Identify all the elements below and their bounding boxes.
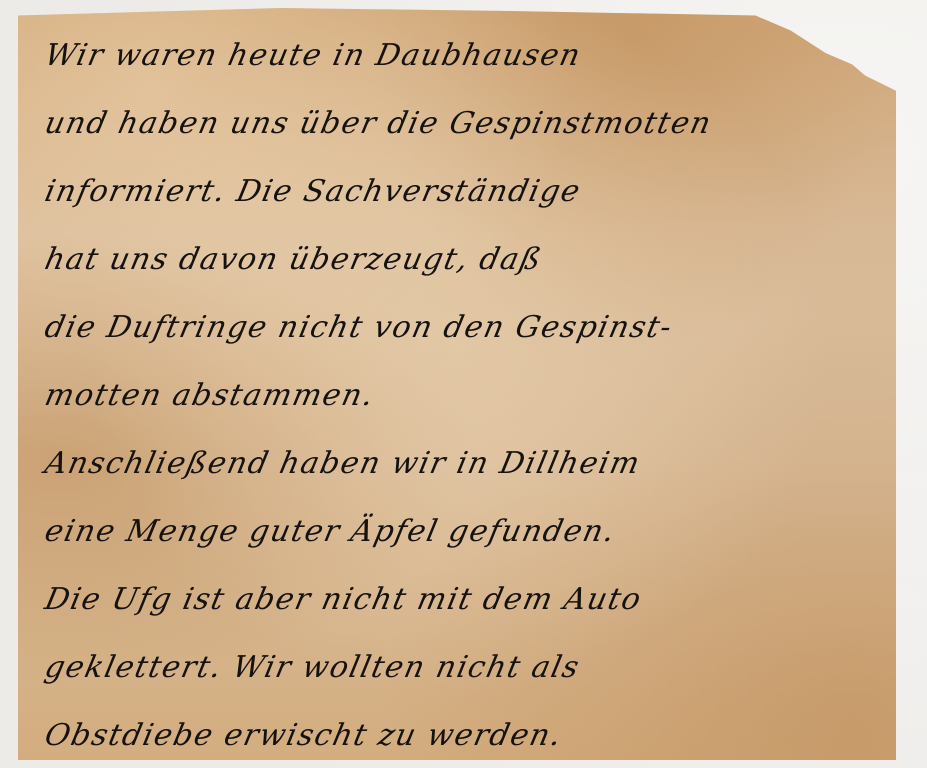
text-line-11: Obstdiebe erwischt zu werden. — [38, 702, 902, 768]
text-line-9: Die Ufg ist aber nicht mit dem Auto — [38, 566, 902, 634]
handwritten-text: Wir waren heute in Daubhausen und haben … — [38, 22, 888, 768]
text-line-4: hat uns davon überzeugt, daß — [38, 226, 902, 294]
text-line-5: die Duftringe nicht von den Gespinst- — [38, 294, 902, 362]
text-line-1: Wir waren heute in Daubhausen — [38, 22, 902, 90]
text-line-2: und haben uns über die Gespinstmotten — [38, 90, 902, 158]
text-line-3: informiert. Die Sachverständige — [38, 158, 902, 226]
text-line-7: Anschließend haben wir in Dillheim — [38, 430, 902, 498]
text-line-10: geklettert. Wir wollten nicht als — [38, 634, 902, 702]
text-line-6: motten abstammen. — [38, 362, 902, 430]
text-line-8: eine Menge guter Äpfel gefunden. — [38, 498, 902, 566]
